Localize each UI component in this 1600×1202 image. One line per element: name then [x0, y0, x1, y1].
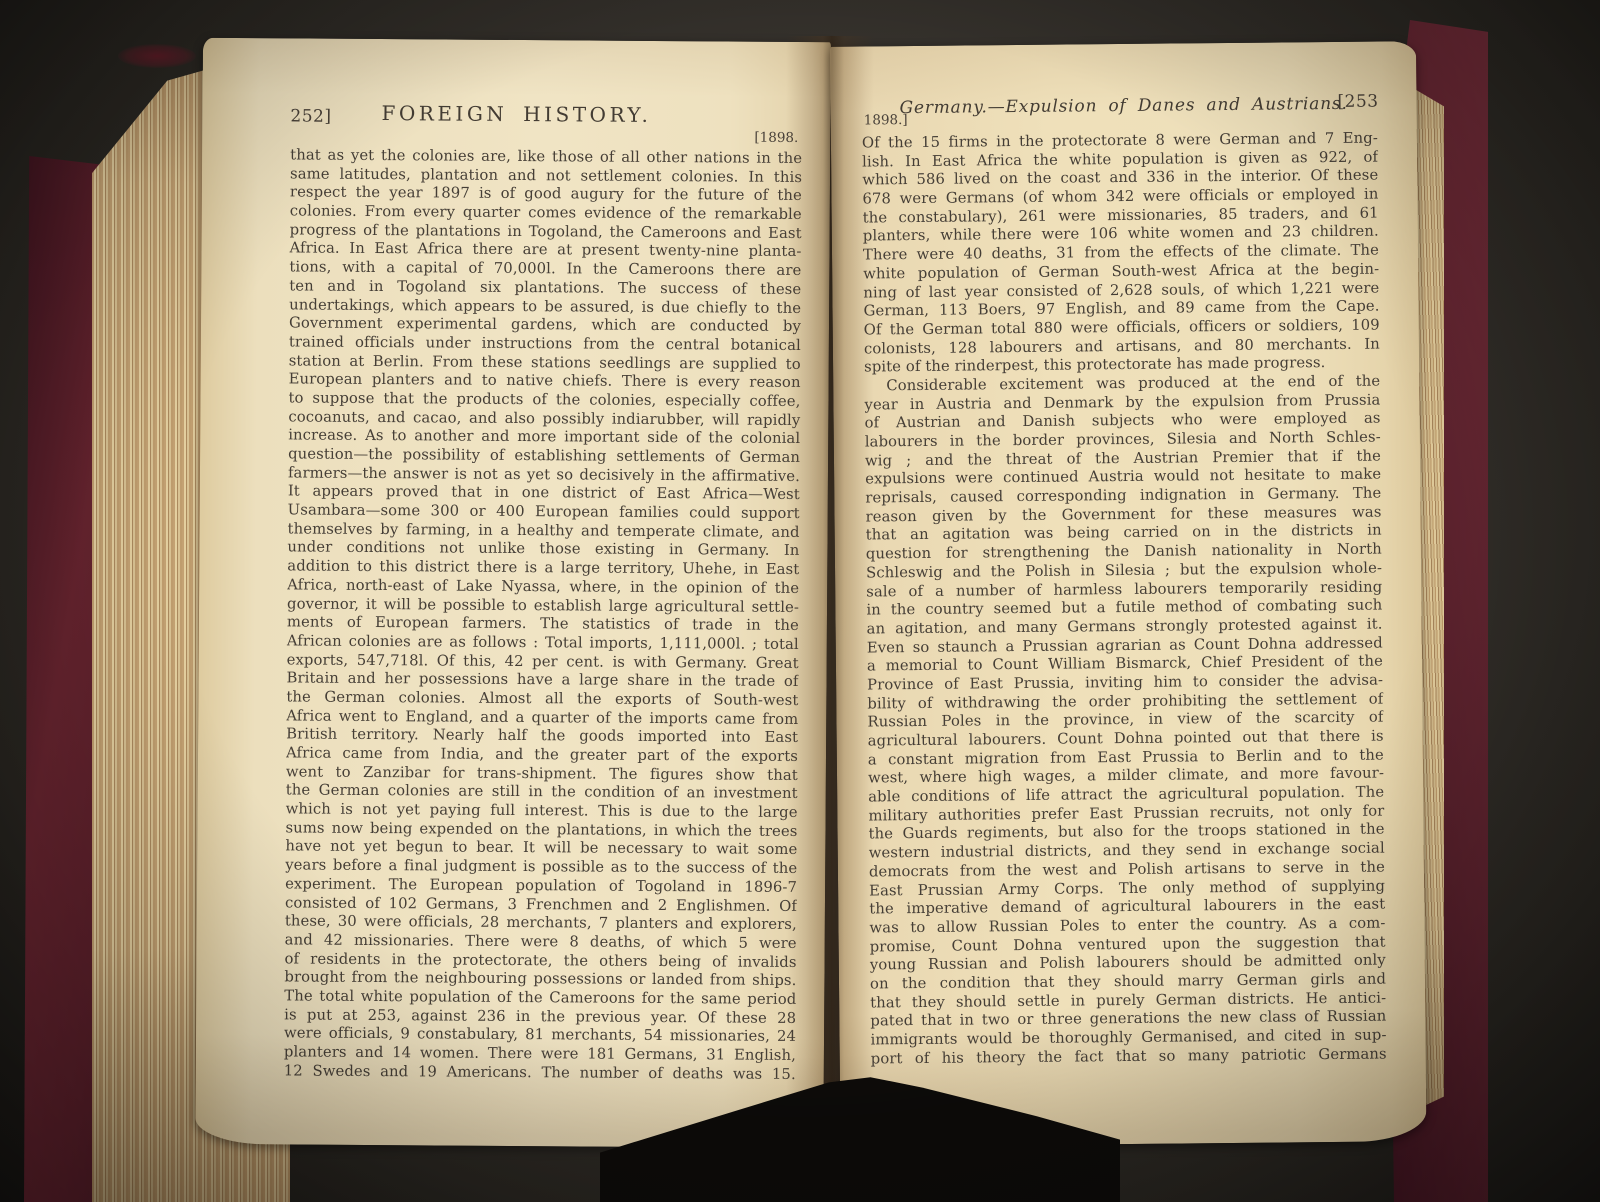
text-line: 12 Swedes and 19 Americans. The number o… [284, 1062, 796, 1084]
right-page: 1898.] Germany.—Expulsion of Danes and A… [830, 41, 1427, 1147]
left-year-marker: [1898. [754, 130, 798, 146]
book-photograph: 252] FOREIGN HISTORY. [1898. that as yet… [0, 0, 1600, 1202]
left-page-body: that as yet the colonies are, like those… [284, 146, 803, 1088]
left-running-title: FOREIGN HISTORY. [202, 100, 830, 128]
left-page: 252] FOREIGN HISTORY. [1898. that as yet… [195, 38, 831, 1148]
right-page-body: Of the 15 firms in the protectorate 8 we… [862, 130, 1387, 1073]
page-edge-stain [118, 44, 196, 68]
right-running-title: Germany.—Expulsion of Danes and Austrian… [831, 93, 1417, 119]
text-line: port of his theory the fact that so many… [871, 1045, 1387, 1069]
right-page-number: [253 [1337, 92, 1378, 112]
